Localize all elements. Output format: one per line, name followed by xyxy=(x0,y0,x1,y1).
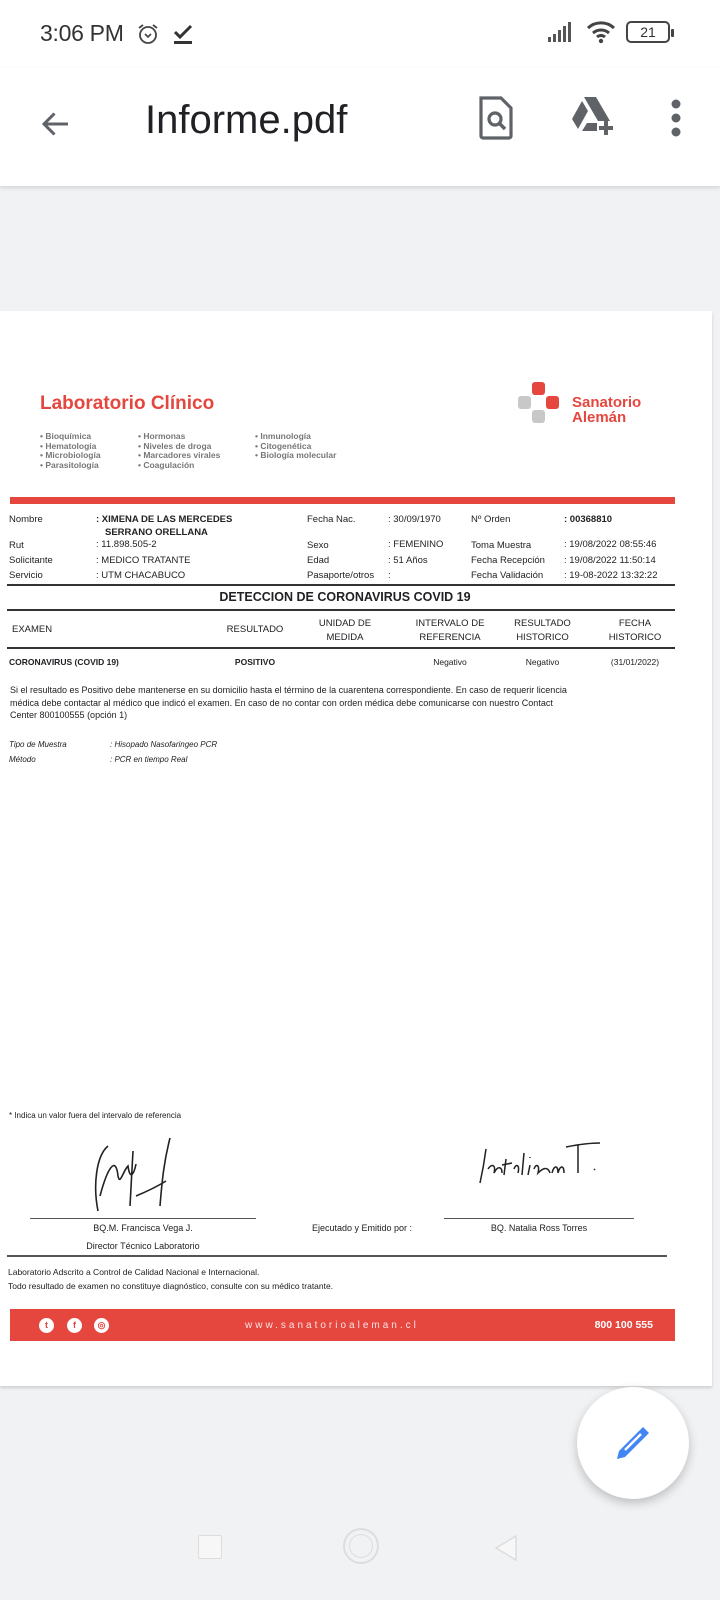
label-fecha-recepcion: Fecha Recepción xyxy=(471,555,545,566)
result-note: Si el resultado es Positivo debe mantene… xyxy=(10,684,570,722)
label-toma-muestra: Toma Muestra xyxy=(471,540,531,551)
value-metodo: : PCR en tiempo Real xyxy=(110,755,187,764)
find-in-page-button[interactable] xyxy=(470,90,522,146)
specialty: • Biología molecular xyxy=(255,451,336,461)
td-intervalo: Negativo xyxy=(405,657,495,667)
th-unidad: UNIDAD DE MEDIDA xyxy=(305,617,385,645)
home-button[interactable] xyxy=(343,1528,379,1564)
twitter-icon: t xyxy=(39,1318,54,1333)
td-examen: CORONAVIRUS (COVID 19) xyxy=(9,657,119,667)
value-fecha-nac: : 30/09/1970 xyxy=(388,514,441,525)
specialty: • Coagulación xyxy=(138,461,220,471)
lab-title: Laboratorio Clínico xyxy=(40,393,214,415)
more-vert-icon xyxy=(670,98,682,138)
pdf-page[interactable]: Laboratorio Clínico • Bioquímica • Hemat… xyxy=(0,311,712,1386)
specialties-col-2: • Hormonas • Niveles de droga • Marcador… xyxy=(138,432,220,470)
battery-icon: 21 xyxy=(626,21,670,43)
value-rut: : 11.898.505-2 xyxy=(96,539,157,550)
status-bar: 3:06 PM 21 xyxy=(0,0,720,68)
label-fecha-nac: Fecha Nac. xyxy=(307,514,356,525)
download-done-icon xyxy=(172,22,194,46)
specialties-col-3: • Inmunología • Citogenética • Biología … xyxy=(255,432,336,461)
footer-quality-note: Laboratorio Adscrito a Control de Calida… xyxy=(8,1267,259,1277)
label-tipo-muestra: Tipo de Muestra xyxy=(9,740,67,749)
th-resultado: RESULTADO xyxy=(215,623,295,637)
value-sexo: : FEMENINO xyxy=(388,539,443,550)
th-resultado-historico: RESULTADO HISTORICO xyxy=(500,617,585,645)
specialties-col-1: • Bioquímica • Hematología • Microbiolog… xyxy=(40,432,101,470)
edit-fab-button[interactable] xyxy=(577,1387,689,1499)
label-servicio: Servicio xyxy=(9,570,43,581)
app-bar: Informe.pdf xyxy=(0,68,720,186)
divider xyxy=(7,1255,667,1257)
more-options-button[interactable] xyxy=(660,90,692,146)
arrow-back-icon xyxy=(38,106,74,142)
value-fecha-recepcion: : 19/08/2022 11:50:14 xyxy=(564,555,656,566)
back-nav-button[interactable] xyxy=(494,1534,518,1562)
label-pasaporte: Pasaporte/otros xyxy=(307,570,374,581)
value-pasaporte: : xyxy=(388,570,391,581)
label-metodo: Método xyxy=(9,755,36,764)
sanatorio-logo-icon xyxy=(518,382,562,426)
label-nombre: Nombre xyxy=(9,514,43,525)
td-resultado-historico: Negativo xyxy=(500,657,585,667)
section-title: DETECCION DE CORONAVIRUS COVID 19 xyxy=(0,590,690,604)
divider xyxy=(7,609,675,611)
th-fecha-historico: FECHA HISTORICO xyxy=(595,617,675,645)
footer-phone: 800 100 555 xyxy=(595,1319,653,1331)
label-fecha-validacion: Fecha Validación xyxy=(471,570,543,581)
value-toma-muestra: : 19/08/2022 08:55:46 xyxy=(564,539,656,550)
document-title: Informe.pdf xyxy=(145,98,347,143)
signature-1 xyxy=(88,1126,188,1214)
value-servicio: : UTM CHACABUCO xyxy=(96,570,185,581)
alarm-icon xyxy=(136,22,160,46)
value-nombre: : XIMENA DE LAS MERCEDES xyxy=(96,514,232,525)
brand-name: Sanatorio Alemán xyxy=(572,395,641,425)
edit-pencil-icon xyxy=(613,1423,653,1463)
signature-2 xyxy=(478,1139,603,1189)
add-to-drive-button[interactable] xyxy=(565,88,621,144)
facebook-icon: f xyxy=(67,1318,82,1333)
brand-line: Sanatorio xyxy=(572,395,641,410)
signal-icon xyxy=(548,22,576,42)
label-rut: Rut xyxy=(9,540,24,551)
reference-legend: * Indica un valor fuera del intervalo de… xyxy=(9,1111,181,1120)
value-edad: : 51 Años xyxy=(388,555,428,566)
emitted-by-label: Ejecutado y Emitido por : xyxy=(312,1223,412,1233)
status-time: 3:06 PM xyxy=(40,20,124,47)
th-examen: EXAMEN xyxy=(12,623,52,637)
divider xyxy=(7,647,675,649)
value-fecha-validacion: : 19-08-2022 13:32:22 xyxy=(564,570,658,581)
system-nav-bar xyxy=(0,1510,720,1600)
value-nombre-2: SERRANO ORELLANA xyxy=(105,527,208,538)
label-solicitante: Solicitante xyxy=(9,555,53,566)
drive-add-icon xyxy=(570,95,616,137)
instagram-icon: ◎ xyxy=(94,1318,109,1333)
wifi-icon xyxy=(586,20,616,44)
screen: 3:06 PM 21 xyxy=(0,0,720,1600)
signature-line-1 xyxy=(30,1218,256,1219)
value-orden: : 00368810 xyxy=(564,514,612,525)
value-solicitante: : MEDICO TRATANTE xyxy=(96,555,190,566)
header-divider xyxy=(10,497,675,504)
footer-url: www.sanatorioaleman.cl xyxy=(245,1320,419,1331)
brand-line: Alemán xyxy=(572,410,641,425)
signer-1-name: BQ.M. Francisca Vega J. xyxy=(30,1223,256,1233)
signature-line-2 xyxy=(444,1218,634,1219)
value-tipo-muestra: : Hisopado Nasofaringeo PCR xyxy=(110,740,217,749)
divider xyxy=(7,584,675,586)
td-fecha-historico: (31/01/2022) xyxy=(595,657,675,667)
back-button[interactable] xyxy=(28,96,84,152)
signer-2-name: BQ. Natalia Ross Torres xyxy=(444,1223,634,1233)
footer-bar: t f ◎ www.sanatorioaleman.cl 800 100 555 xyxy=(10,1309,675,1341)
td-resultado: POSITIVO xyxy=(215,657,295,667)
label-edad: Edad xyxy=(307,555,329,566)
th-intervalo: INTERVALO DE REFERENCIA xyxy=(405,617,495,645)
specialty: • Parasitología xyxy=(40,461,101,471)
signer-1-role: Director Técnico Laboratorio xyxy=(30,1241,256,1251)
find-in-page-icon xyxy=(478,96,514,140)
recents-button[interactable] xyxy=(198,1535,222,1559)
label-orden: Nº Orden xyxy=(471,514,510,525)
footer-disclaimer: Todo resultado de examen no constituye d… xyxy=(8,1281,333,1291)
label-sexo: Sexo xyxy=(307,540,329,551)
